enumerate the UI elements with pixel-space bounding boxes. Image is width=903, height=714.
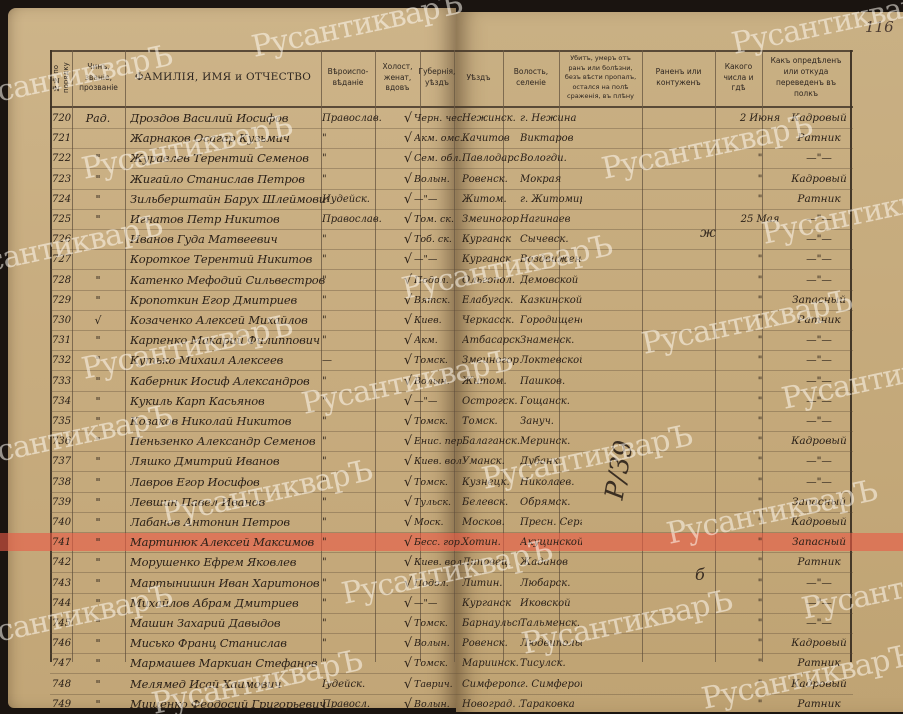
row-full-name: Ляшко Дмитрий Иванов [130, 451, 328, 472]
row-religion: " [322, 148, 400, 169]
row-gubernia: Тоб. ск. [414, 229, 462, 250]
row-volost: Николаев. [520, 472, 582, 493]
row-rank: Рад. [74, 108, 122, 129]
row-number: 730 [52, 310, 72, 331]
row-number: 735 [52, 411, 72, 432]
row-number: 736 [52, 431, 72, 452]
row-checkmark: √ [402, 492, 414, 513]
row-full-name: Михайлов Абрам Дмитриев [130, 593, 328, 614]
row-volost: г. Житомира [520, 189, 582, 210]
row-number: 745 [52, 613, 72, 634]
row-uezd: Ровенск. [462, 633, 520, 654]
row-date: " [735, 613, 785, 634]
row-uezd: Черкасск. [462, 310, 520, 331]
table-row: 740"Лабанов Антонин Петров"√Моск.Москов.… [50, 512, 853, 533]
row-checkmark: √ [402, 694, 414, 714]
row-uezd: Новоград. Волынского [462, 694, 520, 714]
row-checkmark: √ [402, 350, 414, 371]
row-date: " [735, 653, 785, 674]
row-rank: " [74, 391, 122, 412]
row-uezd: Житом. [462, 189, 520, 210]
row-checkmark: √ [402, 391, 414, 412]
row-uezd: Курганск [462, 593, 520, 614]
row-full-name: Морушенко Ефрем Яковлев [130, 552, 328, 573]
row-date: " [735, 290, 785, 311]
row-checkmark: √ [402, 411, 414, 432]
row-gubernia: —"— [414, 249, 462, 270]
row-full-name: Мисько Франц Станислав [130, 633, 328, 654]
row-uezd: Литин. [462, 573, 520, 594]
row-full-name: Козаченко Алексей Михайлов [130, 310, 328, 331]
row-checkmark: √ [402, 290, 414, 311]
row-volost: Демовской [520, 270, 582, 291]
row-uezd: Елабугск. [462, 290, 520, 311]
row-number: 744 [52, 593, 72, 614]
row-religion: Православ. [322, 209, 400, 230]
row-uezd: Томск. [462, 411, 520, 432]
row-uezd: Москов. [462, 512, 520, 533]
row-checkmark: √ [402, 270, 414, 291]
row-volost: Пресн. Сергіев. посада [520, 512, 582, 533]
row-uezd: Качитов [462, 128, 520, 149]
row-full-name: Козаков Николай Никитов [130, 411, 328, 432]
row-number: 728 [52, 270, 72, 291]
row-rank: " [74, 270, 122, 291]
row-gubernia: Моск. [414, 512, 462, 533]
row-volost: г. Нежина [520, 108, 582, 129]
table-row: 733"Каберник Иосиф Александров"√Волын.Жи… [50, 371, 853, 392]
row-assignment: —"— [788, 330, 850, 351]
row-rank: " [74, 633, 122, 654]
page-number: 116 [865, 18, 894, 36]
row-number: 722 [52, 148, 72, 169]
table-row: 722"Журавлев Терентий Семенов"√Сем. обл.… [50, 148, 853, 169]
row-checkmark: √ [402, 371, 414, 392]
row-assignment: Запасный [788, 290, 850, 311]
row-uezd: Уманск. [462, 451, 520, 472]
row-rank [74, 249, 122, 270]
row-rank: " [74, 330, 122, 351]
row-rank: " [74, 290, 122, 311]
row-full-name: Каберник Иосиф Александров [130, 371, 328, 392]
row-volost: Обрямск. [520, 492, 582, 513]
row-religion: " [322, 391, 400, 412]
row-checkmark: √ [402, 169, 414, 190]
row-full-name: Мищенко Феодосий Григорьевич [130, 694, 328, 714]
header-full-name: ФАМИЛІЯ, ИМЯ и ОТЧЕСТВО [125, 50, 321, 106]
table-row: 726Иванов Гуда Матвеевич"√Тоб. ск.Курган… [50, 229, 853, 250]
table-row: 731"Карпенко Макарий Филиппович"√Акм.Атб… [50, 330, 853, 351]
row-rank: " [74, 613, 122, 634]
row-volost: Людвипольской [520, 633, 582, 654]
row-full-name: Кропоткин Егор Дмитриев [130, 290, 328, 311]
row-gubernia: Волын. [414, 633, 462, 654]
row-religion: " [322, 411, 400, 432]
row-religion: Православ. [322, 108, 400, 129]
row-religion: " [322, 371, 400, 392]
row-date: " [735, 249, 785, 270]
table-row: 723"Жигайло Станислав Петров"√Волын.Рове… [50, 169, 853, 190]
row-date: " [735, 472, 785, 493]
row-assignment: Ратник [788, 310, 850, 331]
row-rank: " [74, 371, 122, 392]
row-gubernia: Сем. обл. [414, 148, 462, 169]
row-full-name: Мелямед Исай Хаимович [130, 674, 328, 695]
table-row: 746"Мисько Франц Станислав"√Волын.Ровенс… [50, 633, 853, 654]
row-uezd: Мариинск. [462, 653, 520, 674]
row-full-name: Жигайло Станислав Петров [130, 169, 328, 190]
row-number: 746 [52, 633, 72, 654]
row-gubernia: Акм. [414, 330, 462, 351]
row-religion: " [322, 653, 400, 674]
row-gubernia: Том. ск. [414, 209, 462, 230]
row-full-name: Кутько Михаил Алексеев [130, 350, 328, 371]
header-uezd: Уѣздъ [454, 50, 503, 106]
table-row: 735"Козаков Николай Никитов"√Томск.Томск… [50, 411, 853, 432]
row-volost: Тисулск. [520, 653, 582, 674]
row-assignment: —"— [788, 371, 850, 392]
row-date: " [735, 593, 785, 614]
row-number: 724 [52, 189, 72, 210]
row-number: 738 [52, 472, 72, 493]
row-rank: " [74, 451, 122, 472]
row-religion: " [322, 532, 400, 553]
row-assignment: —"— [788, 249, 850, 270]
row-volost: Воздвиженской [520, 249, 582, 270]
row-volost: Зануч. [520, 411, 582, 432]
row-checkmark: √ [402, 108, 414, 129]
row-full-name: Иванов Гуда Матвеевич [130, 229, 328, 250]
header-religion: Вѣроиспо-вѣданіе [321, 50, 375, 106]
row-number: 749 [52, 694, 72, 714]
row-checkmark: √ [402, 633, 414, 654]
row-rank [74, 229, 122, 250]
table-row: 739"Левшин Павел Иванов"√Тульск.Белевск.… [50, 492, 853, 513]
row-checkmark: √ [402, 532, 414, 553]
row-volost: Нагинаев [520, 209, 582, 230]
row-checkmark: √ [402, 593, 414, 614]
header-rank: Чинъ, званіе, прозваніе [72, 50, 125, 106]
row-number: 729 [52, 290, 72, 311]
row-number: 741 [52, 532, 72, 553]
row-gubernia: —"— [414, 391, 462, 412]
row-date: " [735, 270, 785, 291]
row-assignment: —"— [788, 472, 850, 493]
row-date: " [735, 391, 785, 412]
table-row: 720Рад.Дроздов Василий ИосифовПравослав.… [50, 108, 853, 129]
table-row: 742"Морушенко Ефрем Яковлев"√Киев. вол.Л… [50, 552, 853, 573]
row-assignment: Кадровый [788, 431, 850, 452]
row-religion: " [322, 169, 400, 190]
row-number: 726 [52, 229, 72, 250]
row-uezd: Кузнецк. [462, 472, 520, 493]
row-uezd: Ровенск. [462, 169, 520, 190]
row-full-name: Короткое Терентий Никитов [130, 249, 328, 270]
row-religion: " [322, 270, 400, 291]
row-full-name: Мармашев Маркиан Стефанов [130, 653, 328, 674]
row-gubernia: Акм. омс. [414, 128, 462, 149]
table-row: 737"Ляшко Дмитрий Иванов"√Киев. вол.Уман… [50, 451, 853, 472]
row-gubernia: Томск. [414, 411, 462, 432]
row-assignment: —"— [788, 573, 850, 594]
header-killed-missing: Убитъ, умеръ отъ ранъ или болѣзни, безъ … [559, 50, 642, 106]
row-assignment: —"— [788, 391, 850, 412]
row-rank: " [74, 169, 122, 190]
row-gubernia: Волын. [414, 169, 462, 190]
row-assignment: —"— [788, 593, 850, 614]
row-checkmark: √ [402, 249, 414, 270]
row-uezd: Нежинск. [462, 108, 520, 129]
row-checkmark: √ [402, 128, 414, 149]
table-row: 749"Мищенко Феодосий ГригорьевичПравосл.… [50, 694, 853, 714]
row-uezd: Липовец. [462, 552, 520, 573]
row-gubernia: —"— [414, 189, 462, 210]
row-volost: Иковской [520, 593, 582, 614]
open-ledger-book: 116 №№ по порядку Чинъ, званіе, прозвані… [0, 0, 903, 714]
table-row: 730√Козаченко Алексей Михайлов"√Киев.Чер… [50, 310, 853, 331]
row-volost: Тальменск. [520, 613, 582, 634]
row-gubernia: —"— [414, 593, 462, 614]
row-date [735, 229, 785, 250]
row-checkmark: √ [402, 229, 414, 250]
row-rank: " [74, 350, 122, 371]
row-full-name: Левшин Павел Иванов [130, 492, 328, 513]
row-uezd: Ольгопол. [462, 270, 520, 291]
row-assignment: —"— [788, 270, 850, 291]
row-number: 743 [52, 573, 72, 594]
row-religion: " [322, 249, 400, 270]
row-number: 727 [52, 249, 72, 270]
row-volost: Тараковка [520, 694, 582, 714]
row-gubernia: Подол. [414, 573, 462, 594]
row-religion: " [322, 431, 400, 452]
row-volost: Любарск. [520, 573, 582, 594]
row-date: " [735, 371, 785, 392]
row-full-name: Зильберштайн Барух Шлеймович [130, 189, 328, 210]
row-assignment: Ратник [788, 653, 850, 674]
row-assignment: Ратник [788, 128, 850, 149]
row-assignment: —"— [788, 613, 850, 634]
row-full-name: Мартынишин Иван Харитонов [130, 573, 328, 594]
row-number: 742 [52, 552, 72, 573]
row-rank: " [74, 431, 122, 452]
header-wounded: Раненъ или контуженъ [642, 50, 715, 106]
row-assignment: Ратник [788, 694, 850, 714]
header-date-place: Какого числа и гдѣ [715, 50, 762, 106]
row-assignment: —"— [788, 411, 850, 432]
row-number: 748 [52, 674, 72, 695]
row-rank: " [74, 593, 122, 614]
row-religion: Правосл. [322, 694, 400, 714]
row-date: " [735, 492, 785, 513]
row-full-name: Пеньзенко Александр Семенов [130, 431, 328, 452]
table-row: 732"Кутько Михаил Алексеев—√Томск.Змеино… [50, 350, 853, 371]
row-uezd: Барнаульск. [462, 613, 520, 634]
row-date: " [735, 310, 785, 331]
row-number: 740 [52, 512, 72, 533]
row-rank: " [74, 694, 122, 714]
row-number: 725 [52, 209, 72, 230]
header-assignment-origin: Какъ опредѣленъ или откуда переведенъ въ… [762, 50, 850, 106]
row-rank: " [74, 492, 122, 513]
row-assignment: Кадровый [788, 674, 850, 695]
row-date: " [735, 633, 785, 654]
row-gubernia: Томск. [414, 613, 462, 634]
row-full-name: Мартинюк Алексей Максимов [130, 532, 328, 553]
row-date: " [735, 411, 785, 432]
row-assignment: Кадровый [788, 169, 850, 190]
row-date: " [735, 694, 785, 714]
header-marital-status: Холост, женат, вдовъ [375, 50, 420, 106]
row-full-name: Жарнаков Осагар Кузьмич [130, 128, 328, 149]
row-gubernia: Волын. [414, 371, 462, 392]
row-gubernia: Енис. пер. [414, 431, 462, 452]
table-row: 744"Михайлов Абрам Дмитриев"√—"—Курганск… [50, 593, 853, 614]
row-gubernia: Вятск. [414, 290, 462, 311]
row-date: " [735, 674, 785, 695]
row-assignment: —"— [788, 209, 850, 230]
row-assignment: —"— [788, 451, 850, 472]
row-checkmark: √ [402, 209, 414, 230]
row-uezd: Курганск [462, 229, 520, 250]
casualty-register-table: №№ по порядку Чинъ, званіе, прозваніе ФА… [50, 50, 853, 662]
row-uezd: Житом. [462, 371, 520, 392]
row-date [735, 128, 785, 149]
row-checkmark: √ [402, 189, 414, 210]
row-religion: " [322, 229, 400, 250]
row-number: 737 [52, 451, 72, 472]
row-volost: Дубанк. [520, 451, 582, 472]
row-assignment: —"— [788, 229, 850, 250]
row-checkmark: √ [402, 653, 414, 674]
header-number: №№ по порядку [50, 50, 72, 106]
row-assignment: —"— [788, 148, 850, 169]
row-uezd: Симферопол. [462, 674, 520, 695]
row-full-name: Машин Захарий Давыдов [130, 613, 328, 634]
row-religion: " [322, 492, 400, 513]
row-gubernia: Таврич. [414, 674, 462, 695]
table-row: 738"Лавров Егор Иосифов"√Томск.Кузнецк.Н… [50, 472, 853, 493]
header-volost: Волость, селеніе [503, 50, 559, 106]
row-uezd: Змеиногор [462, 209, 520, 230]
row-checkmark: √ [402, 512, 414, 533]
table-row: 745"Машин Захарий Давыдов"√Томск.Барнаул… [50, 613, 853, 634]
row-uezd: Павлодарск [462, 148, 520, 169]
row-full-name: Карпенко Макарий Филиппович [130, 330, 328, 351]
row-gubernia: Томск. [414, 350, 462, 371]
table-row: 743"Мартынишин Иван Харитонов"√Подол.Лит… [50, 573, 853, 594]
row-assignment: Ратник [788, 552, 850, 573]
row-religion: " [322, 633, 400, 654]
row-assignment: —"— [788, 350, 850, 371]
row-uezd: Хотин. [462, 532, 520, 553]
row-date: 25 Мая [735, 209, 785, 230]
row-gubernia: Киев. вол. [414, 451, 462, 472]
row-checkmark: √ [402, 330, 414, 351]
row-uezd: Балаганск. [462, 431, 520, 452]
row-religion: " [322, 128, 400, 149]
row-date: " [735, 148, 785, 169]
row-full-name: Кукиль Карп Касьянов [130, 391, 328, 412]
header-gubernia: Губернія, уѣздъ [420, 50, 454, 106]
row-gubernia: Томск. [414, 472, 462, 493]
row-number: 747 [52, 653, 72, 674]
row-rank: " [74, 532, 122, 553]
row-gubernia: Томск. [414, 653, 462, 674]
row-uezd: Курганск [462, 249, 520, 270]
row-date: " [735, 330, 785, 351]
row-uezd: Атбасарск. [462, 330, 520, 351]
row-religion: " [322, 593, 400, 614]
row-volost: Мокрая [520, 169, 582, 190]
row-religion: " [322, 613, 400, 634]
row-volost: Жаданов [520, 552, 582, 573]
row-religion: " [322, 451, 400, 472]
row-religion: — [322, 350, 400, 371]
table-row: 729"Кропоткин Егор Дмитриев"√Вятск.Елабу… [50, 290, 853, 311]
row-volost: Локтевской [520, 350, 582, 371]
row-gubernia: Волын. [414, 694, 462, 714]
row-checkmark: √ [402, 674, 414, 695]
row-volost: Акуцинской [520, 532, 582, 553]
row-date: " [735, 189, 785, 210]
row-rank: √ [74, 310, 122, 331]
row-religion: " [322, 310, 400, 331]
row-volost: Сычевск. [520, 229, 582, 250]
row-date: " [735, 532, 785, 553]
row-full-name: Игнатов Петр Никитов [130, 209, 328, 230]
margin-note: б [695, 565, 705, 584]
row-volost: Меринск. [520, 431, 582, 452]
row-checkmark: √ [402, 431, 414, 452]
row-assignment: Кадровый [788, 512, 850, 533]
row-religion: " [322, 472, 400, 493]
row-rank: " [74, 573, 122, 594]
row-number: 734 [52, 391, 72, 412]
row-volost: Пашков. [520, 371, 582, 392]
row-religion: Іудейск. [322, 674, 400, 695]
table-row: 736"Пеньзенко Александр Семенов"√Енис. п… [50, 431, 853, 452]
row-full-name: Лабанов Антонин Петров [130, 512, 328, 533]
row-gubernia: Бесс. гор. [414, 532, 462, 553]
row-rank: " [74, 411, 122, 432]
row-date: 2 Июня [735, 108, 785, 129]
row-gubernia: Черн. чес. [414, 108, 462, 129]
row-checkmark: √ [402, 451, 414, 472]
row-gubernia: Киев. [414, 310, 462, 331]
row-assignment: Запасный [788, 532, 850, 553]
row-number: 732 [52, 350, 72, 371]
row-checkmark: √ [402, 573, 414, 594]
table-row: 721Жарнаков Осагар Кузьмич"√Акм. омс.Кач… [50, 128, 853, 149]
row-assignment: Запасный [788, 492, 850, 513]
table-row: 747"Мармашев Маркиан Стефанов"√Томск.Мар… [50, 653, 853, 674]
row-rank [74, 128, 122, 149]
table-row: 728"Катенко Мефодий Сильвестров"√Подол.О… [50, 270, 853, 291]
row-volost: г. Симферопол [520, 674, 582, 695]
row-volost: Знаменск. [520, 330, 582, 351]
margin-note: ж [700, 225, 716, 241]
row-volost: Вологди. [520, 148, 582, 169]
row-assignment: Кадровый [788, 108, 850, 129]
row-date: " [735, 573, 785, 594]
row-religion: " [322, 512, 400, 533]
row-assignment: Кадровый [788, 633, 850, 654]
table-row-highlighted: 741"Мартинюк Алексей Максимов"√Бесс. гор… [50, 532, 853, 553]
row-number: 733 [52, 371, 72, 392]
row-checkmark: √ [402, 613, 414, 634]
row-rank: " [74, 653, 122, 674]
